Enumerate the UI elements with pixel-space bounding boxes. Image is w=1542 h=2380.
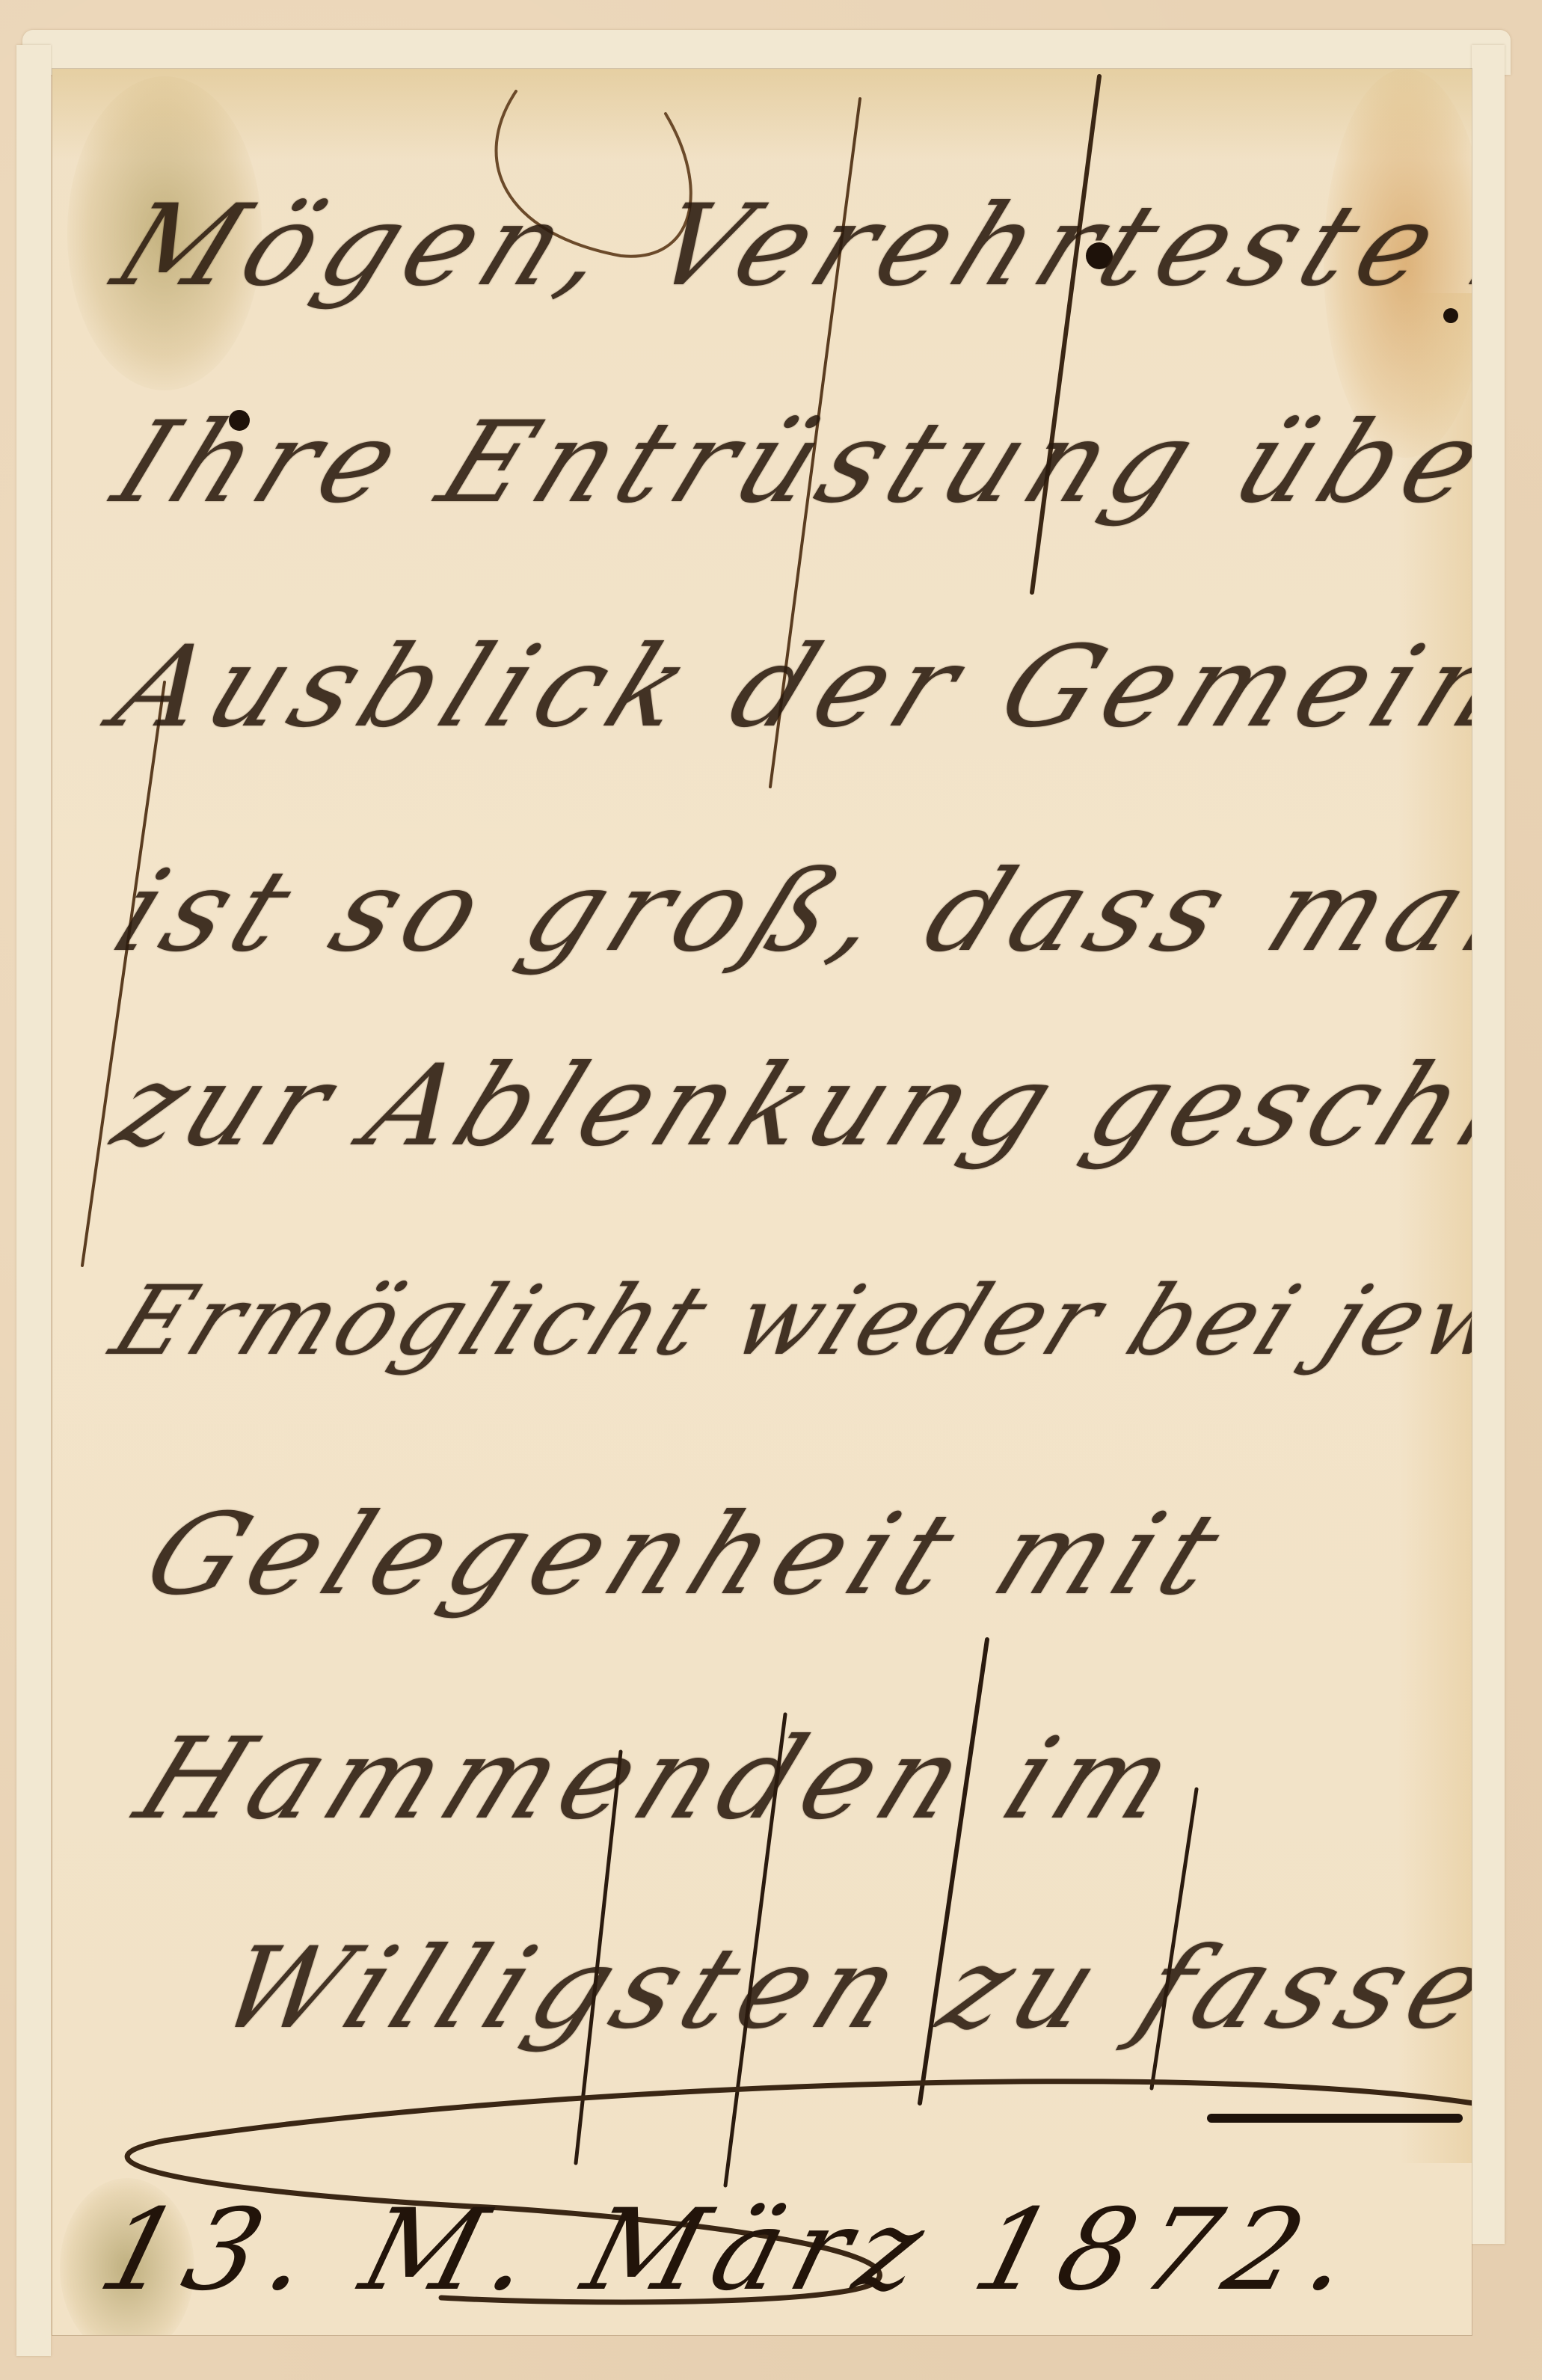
letter-line: Mögen, Verehrteste Frau! (97, 181, 1472, 311)
handwritten-text: Mögen, Verehrteste Frau! Ihre Entrüstung… (52, 69, 1472, 2335)
letter-line: ist so groß, dass man Ihnen (97, 847, 1472, 977)
letter-line: Hammenden im (120, 1714, 1202, 1844)
hinge-tape-top (22, 30, 1511, 75)
letter-date: 13. M. März 1872. (87, 2186, 1377, 2316)
hinge-tape-left (16, 45, 51, 2356)
letter-card: Mögen, Verehrteste Frau! Ihre Entrüstung… (52, 69, 1472, 2335)
letter-line: Ermöglicht wieder bei jeweiliger (97, 1266, 1472, 1377)
hinge-tape-right (1472, 45, 1505, 2244)
letter-line: Ausblick der Gemeinheiten (97, 622, 1472, 752)
letter-line: Gelegenheit mit (127, 1490, 1248, 1620)
letter-line: zur Ablenkung geschrieben (97, 1041, 1472, 1171)
letter-line: Willigsten zu fassen. (202, 1924, 1472, 2054)
letter-line: Ihre Entrüstung über (97, 398, 1472, 528)
